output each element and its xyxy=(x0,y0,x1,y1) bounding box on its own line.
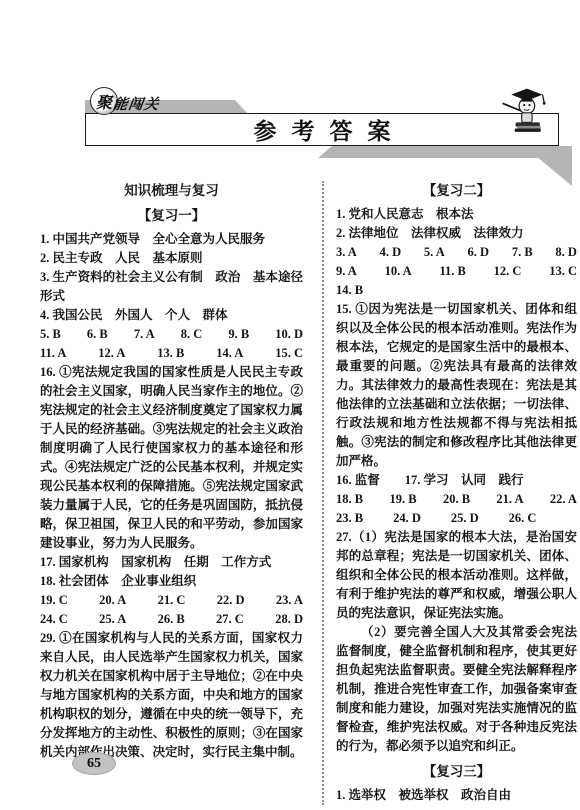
page-number-badge: 65 xyxy=(72,752,116,775)
choice-answer: 6. D xyxy=(468,243,490,262)
choice-answer-row: 14. B xyxy=(336,281,577,300)
choice-answer: 24. D xyxy=(393,509,421,528)
choice-answer: 18. B xyxy=(336,490,363,509)
section-heading: 【复习一】 xyxy=(40,206,303,225)
logo-text: 能闯关 xyxy=(112,93,161,114)
choice-answer-row: 9. A10. A11. B12. C13. C xyxy=(336,262,577,281)
column-divider xyxy=(322,181,324,805)
answer-line: 3. 生产资料的社会主义公有制 政治 基本途径 形式 xyxy=(40,268,303,306)
choice-answer: 21. C xyxy=(158,591,186,610)
choice-answer: 12. C xyxy=(494,262,522,281)
answer-key-page: 参考答案 聚 能闯关 知识梳理与复习【复习一】1. 中国共产党领导 全心全意为人… xyxy=(0,0,580,810)
choice-answer: 25. D xyxy=(451,509,479,528)
answer-line: 18. 社会团体 企业事业组织 xyxy=(40,572,303,591)
choice-answer: 14. B xyxy=(336,281,363,300)
section-heading: 知识梳理与复习 xyxy=(40,181,303,200)
choice-answer: 15. C xyxy=(275,344,303,363)
choice-answer: 14. A xyxy=(216,344,243,363)
choice-answer: 21. A xyxy=(496,490,523,509)
answer-line: 17. 国家机构 国家机构 任期 工作方式 xyxy=(40,553,303,572)
graduate-mascot-icon xyxy=(499,86,553,138)
choice-answer: 25. A xyxy=(99,610,126,629)
choice-answer: 20. B xyxy=(443,490,470,509)
choice-answer: 7. B xyxy=(512,243,533,262)
choice-answer: 7. A xyxy=(134,325,155,344)
right-column: 【复习二】1. 党和人民意志 根本法2. 法律地位 法律权威 法律效力3. A4… xyxy=(336,181,577,805)
answer-line: 2. 法律地位 法律权威 法律效力 xyxy=(336,224,577,243)
choice-answer-row: 24. C25. A26. B27. C28. D xyxy=(40,610,303,629)
section-heading: 【复习三】 xyxy=(336,762,577,781)
choice-answer-row: 11. A12. A13. B14. A15. C xyxy=(40,344,303,363)
choice-answer: 12. A xyxy=(98,344,125,363)
choice-answer-row: 5. B6. B7. A8. C9. B10. D xyxy=(40,325,303,344)
answer-line: 1. 党和人民意志 根本法 xyxy=(336,205,577,224)
header-shadow-triangle xyxy=(524,146,572,186)
answer-paragraph: 15. ①因为宪法是一切国家机关、团体和组织以及全体公民的根本活动准则。宪法作为… xyxy=(336,300,577,471)
choice-answer: 22. D xyxy=(217,591,245,610)
section-heading: 【复习二】 xyxy=(336,181,577,200)
choice-answer: 26. C xyxy=(509,509,537,528)
answer-line: 4. 我国公民 外国人 个人 群体 xyxy=(40,306,303,325)
choice-answer: 10. A xyxy=(385,262,412,281)
choice-answer: 10. D xyxy=(275,325,303,344)
choice-answer: 11. B xyxy=(439,262,465,281)
choice-answer: 6. B xyxy=(87,325,108,344)
choice-answer: 13. C xyxy=(549,262,577,281)
answer-paragraph: 16. ①宪法规定我国的国家性质是人民民主专政的社会主义国家，明确人民当家作主的… xyxy=(40,363,303,553)
choice-answer: 11. A xyxy=(40,344,66,363)
choice-answer: 5. B xyxy=(40,325,61,344)
answer-line: 1. 选举权 被选举权 政治自由 xyxy=(336,786,577,805)
choice-answer: 3. A xyxy=(336,243,357,262)
choice-answer-row: 23. B24. D25. D26. C xyxy=(336,509,577,528)
choice-answer: 8. C xyxy=(181,325,203,344)
choice-answer: 22. A xyxy=(550,490,577,509)
answer-line: 16. 监督 17. 学习 认同 践行 xyxy=(336,471,577,490)
header-shadow-strip xyxy=(318,146,558,158)
choice-answer-row: 19. C20. A21. C22. D23. A xyxy=(40,591,303,610)
answer-paragraph: （2）要完善全国人大及其常委会宪法监督制度，健全监督机制和程序，使其更好担负起宪… xyxy=(336,623,577,756)
choice-answer-row: 18. B19. B20. B21. A22. A xyxy=(336,490,577,509)
answer-line: 1. 中国共产党领导 全心全意为人民服务 xyxy=(40,230,303,249)
choice-answer: 8. D xyxy=(555,243,577,262)
choice-answer: 20. A xyxy=(99,591,126,610)
choice-answer: 9. A xyxy=(336,262,357,281)
answer-paragraph: 27.（1）宪法是国家的根本大法，是治国安邦的总章程；宪法是一切国家机关、团体、… xyxy=(336,528,577,623)
choice-answer-row: 3. A4. D5. A6. D7. B8. D xyxy=(336,243,577,262)
choice-answer: 19. C xyxy=(40,591,68,610)
left-column: 知识梳理与复习【复习一】1. 中国共产党领导 全心全意为人民服务2. 民主专政 … xyxy=(40,181,303,805)
header-title-box: 参考答案 xyxy=(85,113,559,146)
choice-answer: 4. D xyxy=(380,243,402,262)
page-title: 参考答案 xyxy=(239,113,406,146)
choice-answer: 5. A xyxy=(424,243,445,262)
answer-line: 2. 民主专政 人民 基本原则 xyxy=(40,249,303,268)
answers-content: 知识梳理与复习【复习一】1. 中国共产党领导 全心全意为人民服务2. 民主专政 … xyxy=(40,181,577,805)
choice-answer: 19. B xyxy=(389,490,416,509)
choice-answer: 26. B xyxy=(158,610,185,629)
choice-answer: 23. A xyxy=(276,591,303,610)
choice-answer: 24. C xyxy=(40,610,68,629)
choice-answer: 27. C xyxy=(216,610,244,629)
answer-paragraph: 29. ①在国家机构与人民的关系方面，国家权力来自人民，由人民选举产生国家权力机… xyxy=(40,629,303,762)
choice-answer: 9. B xyxy=(228,325,249,344)
choice-answer: 13. B xyxy=(157,344,184,363)
choice-answer: 23. B xyxy=(336,509,363,528)
choice-answer: 28. D xyxy=(275,610,303,629)
